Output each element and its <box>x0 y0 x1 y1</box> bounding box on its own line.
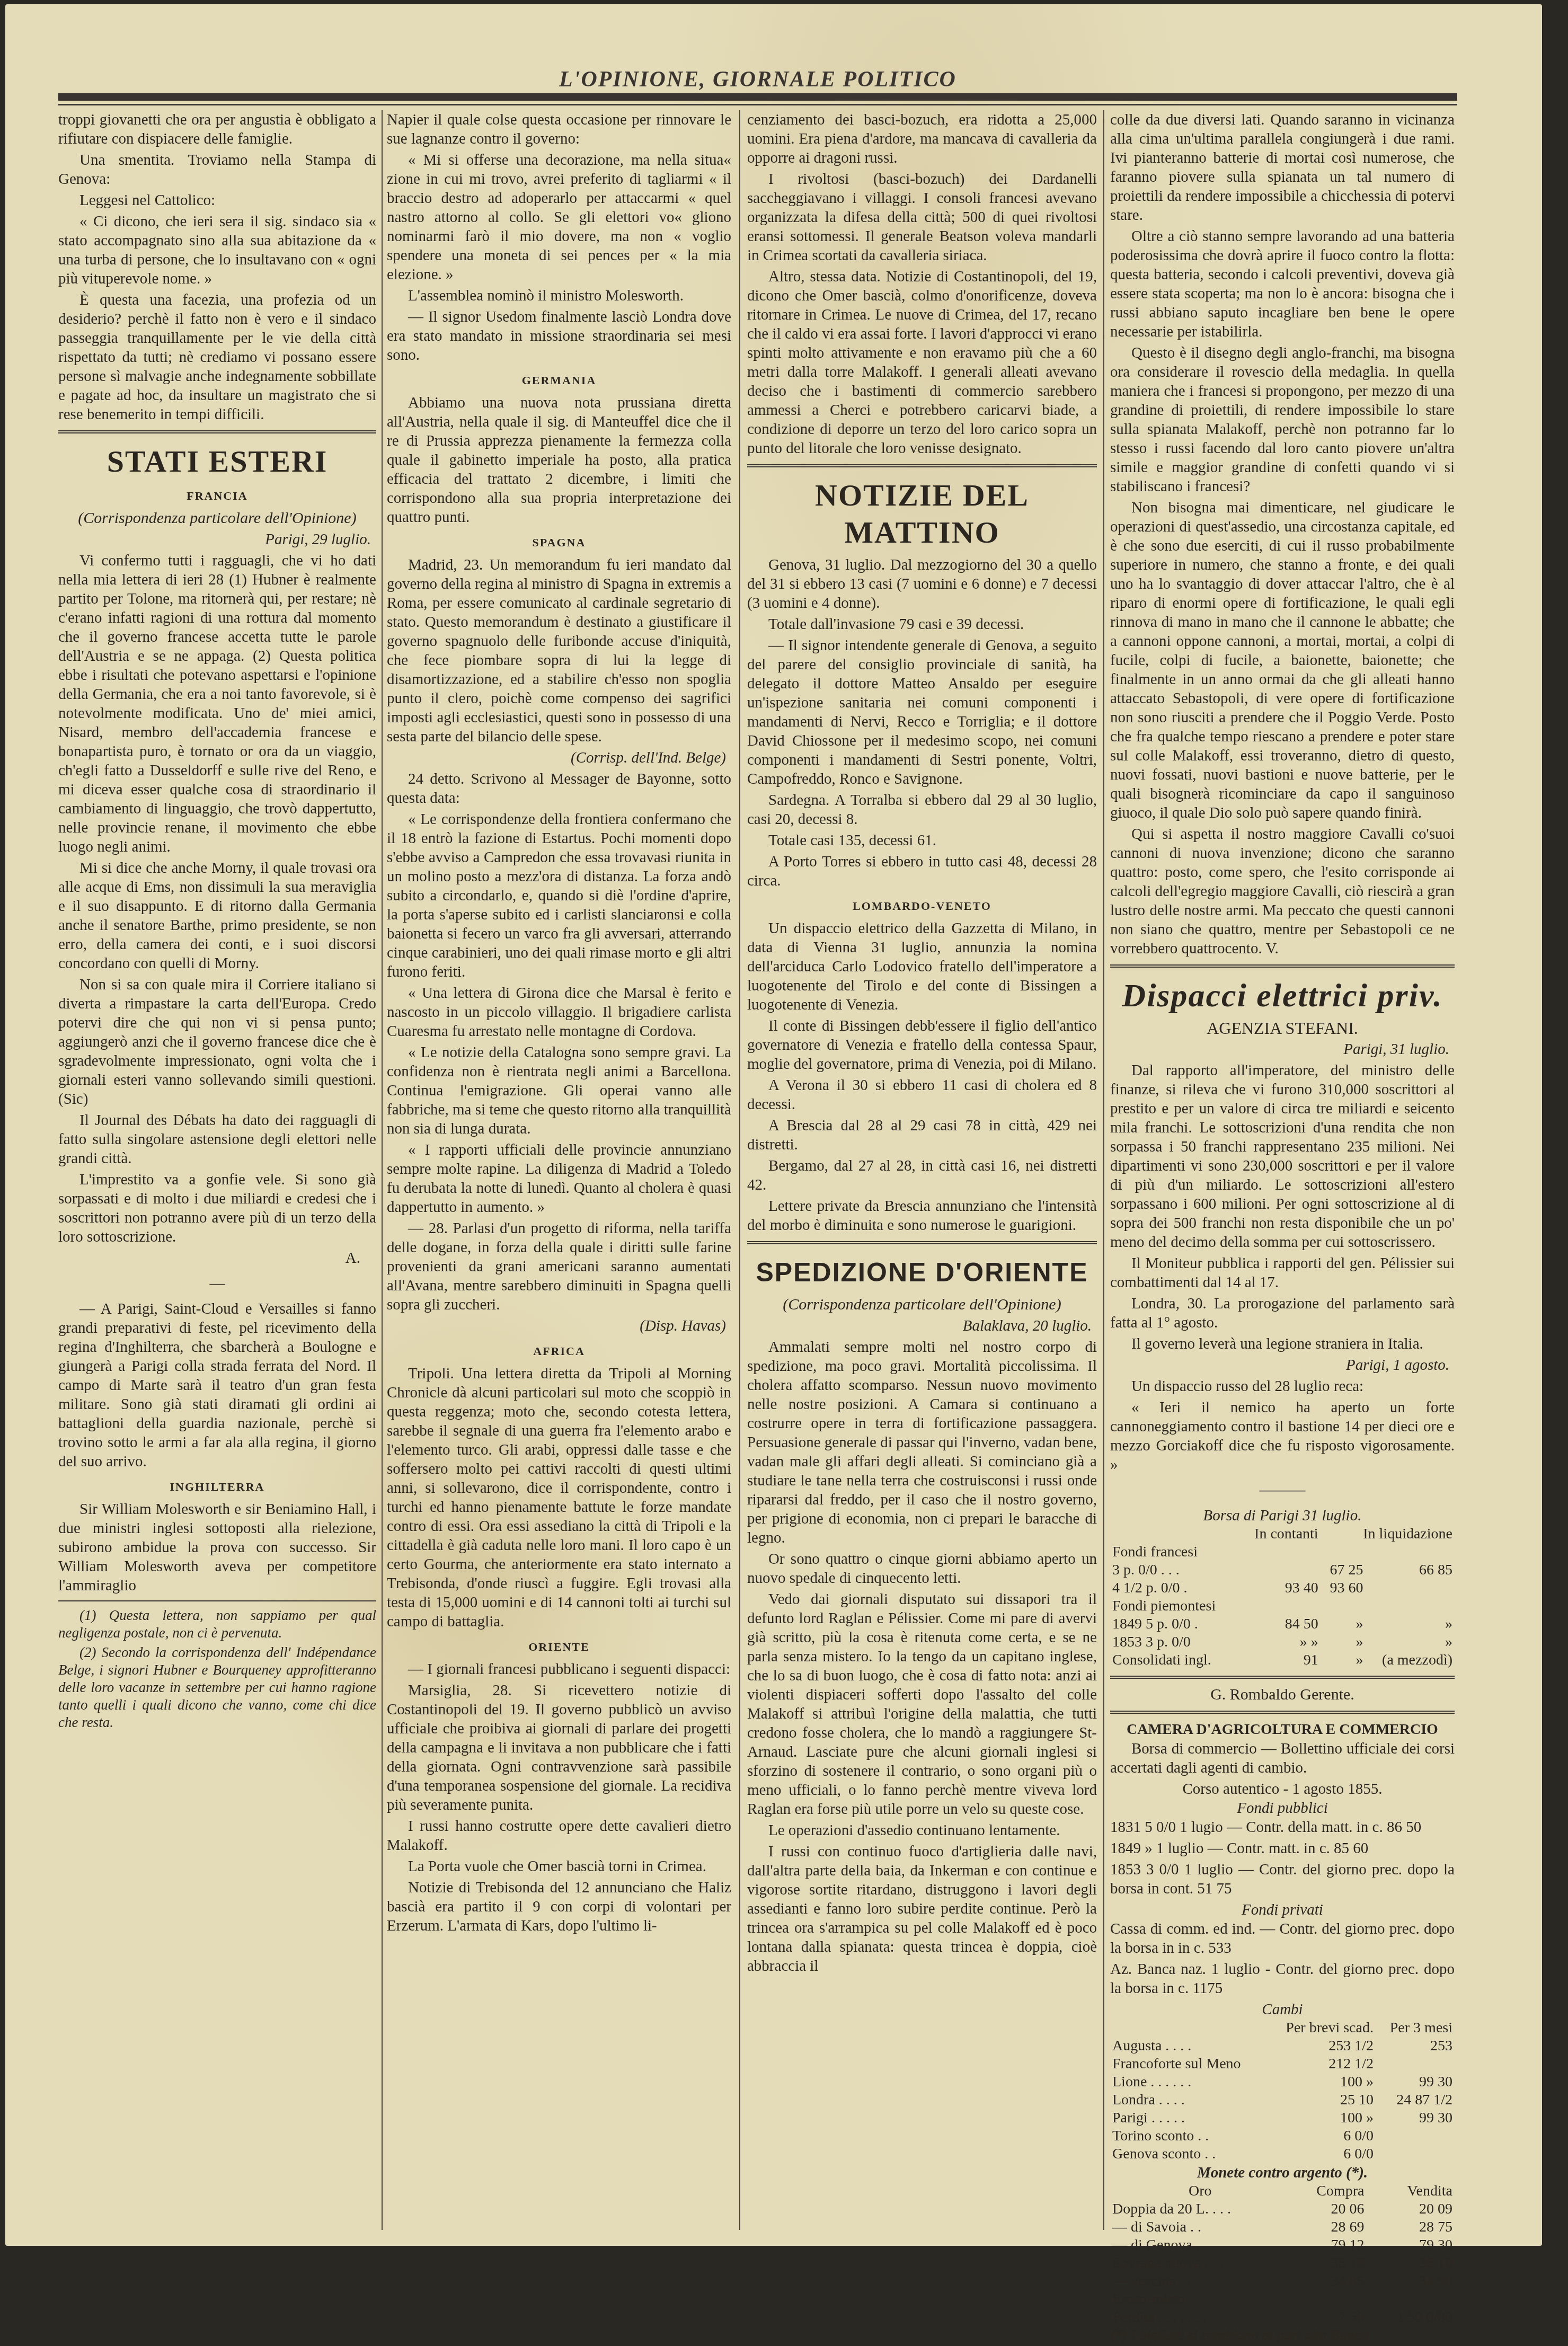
article-text: Notizie di Trebisonda del 12 annunciano … <box>387 1878 731 1935</box>
article-text: Le operazioni d'assedio continuano lenta… <box>747 1821 1097 1840</box>
table-row: 4 1/2 p. 0/0 .93 4093 60 <box>1110 1579 1455 1597</box>
article-text: Vedo dai giornali disputato sui dissapor… <box>747 1590 1097 1819</box>
table-row: — di Savoia . .28 6928 75 <box>1110 2218 1455 2236</box>
country-heading: FRANCIA <box>58 486 376 506</box>
table-row: 3 p. 0/0 . . .67 2566 85 <box>1110 1561 1455 1579</box>
article-text: Il Journal des Débats ha dato dei raggua… <box>58 1111 376 1168</box>
article-text: « I rapporti ufficiali delle provincie a… <box>387 1140 731 1217</box>
table-row: Consolidati ingl.91»(a mezzodì) <box>1110 1651 1455 1669</box>
table-row: Fondi francesi <box>1110 1543 1455 1561</box>
table-row: Genova sconto . .6 0/0 <box>1110 2145 1455 2163</box>
table-subheading: Fondi privati <box>1110 1900 1455 1919</box>
article-text: Oltre a ciò stanno sempre lavorando ad u… <box>1110 227 1455 341</box>
column-divider <box>1103 110 1104 2230</box>
table-subheading: Cambi <box>1110 2000 1455 2019</box>
article-text: Un dispaccio elettrico della Gazzetta di… <box>747 919 1097 1014</box>
listing-row: 1831 5 0/0 1 lugio — Contr. della matt. … <box>1110 1818 1455 1837</box>
quote-text: « Mi si offerse una decorazione, ma nell… <box>387 151 731 284</box>
table-row: Fondi piemontesi <box>1110 1597 1455 1615</box>
dateline: Parigi, 29 luglio. <box>58 530 376 549</box>
correspondence-note: (Corrispondenza particolare dell'Opinion… <box>747 1295 1097 1314</box>
article-text: troppi giovanetti che ora per angustia è… <box>58 110 376 148</box>
article-text: « Le notizie della Catalogna sono sempre… <box>387 1043 731 1138</box>
table-subheading: Monete contro argento (*). <box>1110 2163 1455 2182</box>
article-text: Sardegna. A Torralba si ebbero dal 29 al… <box>747 791 1097 829</box>
article-text: — Il signor Usedom finalmente lasciò Lon… <box>387 307 731 365</box>
article-text: — 28. Parlasi d'un progetto di riforma, … <box>387 1219 731 1314</box>
article-text: Il Moniteur pubblica i rapporti del gen.… <box>1110 1254 1455 1292</box>
table-row: Sovrana nuova . . .35 1035 18 <box>1110 2254 1455 2259</box>
article-text: Or sono quattro o cinque giorni abbiamo … <box>747 1550 1097 1588</box>
article-text: I rivoltosi (basci-bozuch) dei Dardanell… <box>747 170 1097 265</box>
correspondence-note: (Corrispondenza particolare dell'Opinion… <box>58 509 376 528</box>
article-text: Sir William Molesworth e sir Beniamino H… <box>58 1500 376 1595</box>
listing-row: Cassa di comm. ed ind. — Contr. del gior… <box>1110 1919 1455 1958</box>
country-heading: LOMBARDO-VENETO <box>747 897 1097 916</box>
section-rule <box>747 1241 1097 1244</box>
section-title: SPEDIZIONE D'ORIENTE <box>747 1254 1097 1291</box>
dateline: Parigi, 1 agosto. <box>1110 1356 1455 1375</box>
monete-table: OroCompraVendita Doppia da 20 L. . . .20… <box>1110 2182 1455 2259</box>
section-rule <box>1110 1676 1455 1679</box>
section-title: Dispacci elettrici priv. <box>1110 977 1455 1014</box>
article-text: L'imprestito va a gonfie vele. Si sono g… <box>58 1170 376 1246</box>
table-row: Lione . . . . . .100 »99 30 <box>1110 2073 1455 2091</box>
table-title: Borsa di Parigi 31 luglio. <box>1110 1506 1455 1525</box>
article-text: È questa una facezia, una profezia od un… <box>58 290 376 424</box>
article-text: Vi confermo tutti i ragguagli, che vi ho… <box>58 551 376 856</box>
article-text: Totale casi 135, decessi 61. <box>747 831 1097 850</box>
article-text: Questo è il disegno degli anglo-franchi,… <box>1110 343 1455 496</box>
masthead-rule-thin <box>58 104 1457 105</box>
manager-signature: G. Rombaldo Gerente. <box>1110 1685 1455 1704</box>
table-row: Doppia da 20 L. . . .20 0620 09 <box>1110 2200 1455 2218</box>
table-row: 1853 3 p. 0/0» »»» <box>1110 1633 1455 1651</box>
listing-row: 1853 3 0/0 1 luglio — Contr. del giorno … <box>1110 1860 1455 1898</box>
article-text: Il conte di Bissingen debb'essere il fig… <box>747 1016 1097 1074</box>
article-text: Lettere private da Brescia annunziano ch… <box>747 1197 1097 1235</box>
table-row: Augusta . . . .253 1/2253 <box>1110 2037 1455 2055</box>
article-text: — I giornali francesi pubblicano i segue… <box>387 1660 731 1679</box>
article-text: A Porto Torres si ebbero in tutto casi 4… <box>747 852 1097 890</box>
country-heading: AFRICA <box>387 1342 731 1361</box>
footnote: (2) Secondo la corrispondenza dell' Indé… <box>58 1644 376 1731</box>
section-rule <box>747 464 1097 467</box>
table-row: 1849 5 p. 0/0 .84 50»» <box>1110 1615 1455 1633</box>
section-title: STATI ESTERI <box>58 443 376 480</box>
footnote: (1) Questa lettera, non sappiamo per qua… <box>58 1607 376 1642</box>
newspaper-page: L'OPINIONE, GIORNALE POLITICO troppi gio… <box>5 4 1542 2246</box>
column-divider <box>739 110 740 2230</box>
table-row: Parigi . . . . .100 »99 30 <box>1110 2109 1455 2127</box>
divider-dash: — <box>58 1274 376 1293</box>
article-text: « Una lettera di Girona dice che Marsal … <box>387 984 731 1041</box>
source-credit: (Corrisp. dell'Ind. Belge) <box>387 748 731 767</box>
country-heading: SPAGNA <box>387 533 731 552</box>
article-text: Bergamo, dal 27 al 28, in città casi 16,… <box>747 1156 1097 1194</box>
article-text: — Il signor intendente generale di Genov… <box>747 636 1097 789</box>
column-divider <box>382 110 383 2230</box>
article-text: Non si sa con quale mira il Corriere ita… <box>58 975 376 1109</box>
table-subheading: Fondi pubblici <box>1110 1799 1455 1818</box>
article-text: Mi si dice che anche Morny, il quale tro… <box>58 858 376 973</box>
footnote-rule <box>58 1600 376 1601</box>
country-heading: ORIENTE <box>387 1637 731 1657</box>
section-rule <box>1110 1711 1455 1714</box>
article-text: Borsa di commercio — Bollettino ufficial… <box>1110 1739 1455 1777</box>
table-row: Francoforte sul Meno212 1/2 <box>1110 2055 1455 2073</box>
signature: A. <box>58 1249 376 1268</box>
table-header-row: Per brevi scad.Per 3 mesi <box>1110 2019 1455 2037</box>
article-text: Tripoli. Una lettera diretta da Tripoli … <box>387 1364 731 1631</box>
article-text: Madrid, 23. Un memorandum fu ieri mandat… <box>387 555 731 746</box>
masthead-rule <box>58 93 1457 101</box>
article-text: Marsiglia, 28. Si ricevettero notizie di… <box>387 1681 731 1814</box>
article-text: Leggesi nel Cattolico: <box>58 191 376 210</box>
article-text: Un dispaccio russo del 28 luglio reca: <box>1110 1377 1455 1396</box>
article-text: 24 detto. Scrivono al Messager de Bayonn… <box>387 769 731 808</box>
agency-name: AGENZIA STEFANI. <box>1110 1019 1455 1038</box>
dateline: Balaklava, 20 luglio. <box>747 1316 1097 1335</box>
article-text: Il governo leverà una legione straniera … <box>1110 1334 1455 1353</box>
column-3: cenziamento dei basci-bozuch, era ridott… <box>747 110 1097 1978</box>
article-text: colle da due diversi lati. Quando sarann… <box>1110 110 1455 225</box>
article-text: Non bisogna mai dimenticare, nel giudica… <box>1110 498 1455 822</box>
article-text: Qui si aspetta il nostro maggiore Cavall… <box>1110 825 1455 958</box>
section-rule <box>1110 964 1455 968</box>
article-text: Una smentita. Troviamo nella Stampa di G… <box>58 151 376 189</box>
section-title: CAMERA D'AGRICOLTURA E COMMERCIO <box>1110 1720 1455 1739</box>
table-header-row: In contanti In liquidazione <box>1110 1525 1455 1543</box>
article-text: Napier il quale colse questa occasione p… <box>387 110 731 148</box>
column-2: Napier il quale colse questa occasione p… <box>387 110 731 1937</box>
table-header-row: OroCompraVendita <box>1110 2182 1455 2200</box>
dateline: Parigi, 31 luglio. <box>1110 1040 1455 1059</box>
article-text: I russi hanno costrutte opere dette cava… <box>387 1817 731 1855</box>
quote-text: « Ci dicono, che ieri sera il sig. sinda… <box>58 212 376 288</box>
article-text: Dal rapporto all'imperatore, del ministr… <box>1110 1061 1455 1252</box>
country-heading: GERMANIA <box>387 371 731 390</box>
column-1: troppi giovanetti che ora per angustia è… <box>58 110 376 1733</box>
article-text: I russi con continuo fuoco d'artiglieria… <box>747 1842 1097 1976</box>
article-text: A Brescia dal 28 al 29 casi 78 in città,… <box>747 1116 1097 1154</box>
source-credit: (Disp. Havas) <box>387 1316 731 1335</box>
article-text: — A Parigi, Saint-Cloud e Versailles si … <box>58 1299 376 1471</box>
column-4: colle da due diversi lati. Quando sarann… <box>1110 110 1455 2259</box>
article-text: Ammalati sempre molti nel nostro corpo d… <box>747 1338 1097 1547</box>
table-row: Londra . . . .25 1024 87 1/2 <box>1110 2091 1455 2109</box>
quote-text: « Ieri il nemico ha aperto un forte cann… <box>1110 1398 1455 1474</box>
article-text: Londra, 30. La prorogazione del parlamen… <box>1110 1294 1455 1332</box>
article-text: L'assemblea nominò il ministro Moleswort… <box>387 286 731 305</box>
article-text: Genova, 31 luglio. Dal mezzogiorno del 3… <box>747 555 1097 613</box>
country-heading: INGHILTERRA <box>58 1477 376 1497</box>
divider-dash: ——— <box>1110 1481 1455 1500</box>
article-text: cenziamento dei basci-bozuch, era ridott… <box>747 110 1097 167</box>
section-title: NOTIZIE DEL MATTINO <box>747 477 1097 551</box>
dateline: Corso autentico - 1 agosto 1855. <box>1110 1780 1455 1799</box>
article-text: La Porta vuole che Omer bascià torni in … <box>387 1857 731 1876</box>
article-text: « Le corrispondenze della frontiera conf… <box>387 810 731 981</box>
article-text: Altro, stessa data. Notizie di Costantin… <box>747 267 1097 458</box>
article-text: Totale dall'invasione 79 casi e 39 deces… <box>747 615 1097 634</box>
article-text: Abbiamo una nuova nota prussiana diretta… <box>387 393 731 527</box>
table-row: Torino sconto . .6 0/0 <box>1110 2127 1455 2145</box>
table-row: — di Genova . .79 1279 30 <box>1110 2236 1455 2254</box>
section-rule <box>58 430 376 433</box>
cambi-table: Per brevi scad.Per 3 mesi Augusta . . . … <box>1110 2019 1455 2163</box>
listing-row: Az. Banca naz. 1 luglio - Contr. del gio… <box>1110 1960 1455 1998</box>
article-text: A Verona il 30 si ebbero 11 casi di chol… <box>747 1076 1097 1114</box>
listing-row: 1849 » 1 luglio — Contr. matt. in c. 85 … <box>1110 1839 1455 1858</box>
borsa-parigi-table: In contanti In liquidazione Fondi france… <box>1110 1525 1455 1669</box>
